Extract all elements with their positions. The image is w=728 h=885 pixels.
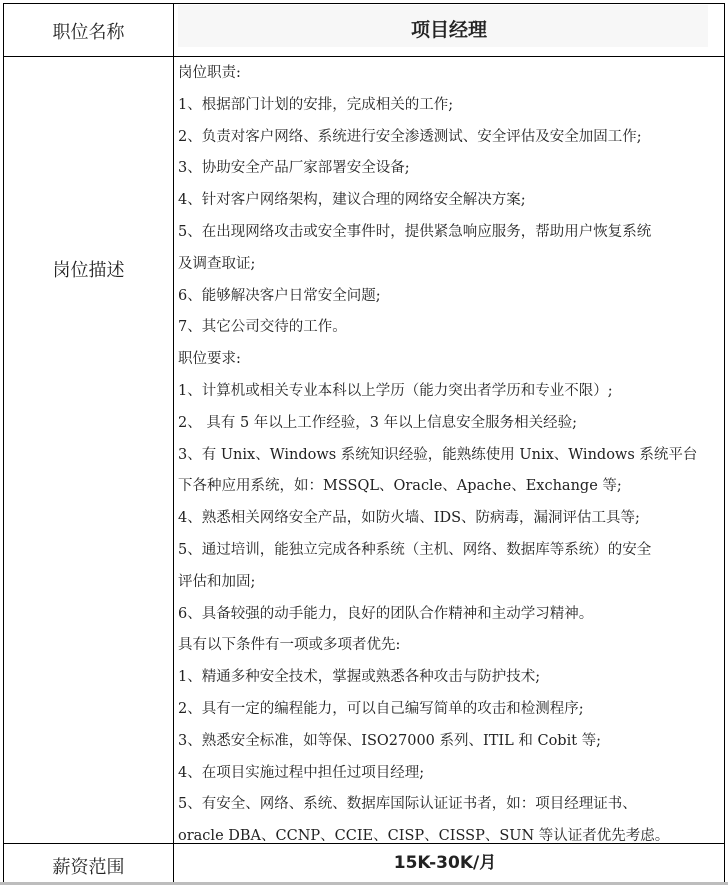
description-line: 7、其它公司交待的工作。 — [178, 312, 718, 344]
description-line: 1、根据部门计划的安排，完成相关的工作; — [178, 90, 718, 122]
description-line: 3、熟悉安全标准，如等保、ISO27000 系列、ITIL 和 Cobit 等; — [178, 726, 718, 758]
description-line: 5、在出现网络攻击或安全事件时，提供紧急响应服务，帮助用户恢复系统 — [178, 217, 718, 249]
description-line: 4、针对客户网络架构，建议合理的网络安全解决方案; — [178, 185, 718, 217]
description-line: 2、具有一定的编程能力，可以自己编写简单的攻击和检测程序; — [178, 694, 718, 726]
row-divider-title — [4, 56, 724, 57]
description-line: 5、通过培训，能独立完成各种系统（主机、网络、数据库等系统）的安全 — [178, 535, 718, 567]
description-line: 2、负责对客户网络、系统进行安全渗透测试、安全评估及安全加固工作; — [178, 122, 718, 154]
description-line: 及调查取证; — [178, 249, 718, 281]
description-line: 5、有安全、网络、系统、数据库国际认证证书者，如：项目经理证书、 — [178, 789, 718, 821]
description-line: 1、精通多种安全技术，掌握或熟悉各种攻击与防护技术; — [178, 662, 718, 694]
description-line: 下各种应用系统，如：MSSQL、Oracle、Apache、Exchange 等… — [178, 471, 718, 503]
description-line: 2、 具有 5 年以上工作经验，3 年以上信息安全服务相关经验; — [178, 408, 718, 440]
description-line: 4、熟悉相关网络安全产品，如防火墙、IDS、防病毒，漏洞评估工具等; — [178, 503, 718, 535]
description-line: 4、在项目实施过程中担任过项目经理; — [178, 758, 718, 790]
job-title: 项目经理 — [174, 15, 724, 42]
description-line: 6、能够解决客户日常安全问题; — [178, 281, 718, 313]
description-line: 3、有 Unix、Windows 系统知识经验，能熟练使用 Unix、Windo… — [178, 440, 718, 472]
description-line: 3、协助安全产品厂家部署安全设备; — [178, 153, 718, 185]
description-line: 1、计算机或相关专业本科以上学历（能力突出者学历和专业不限）; — [178, 376, 718, 408]
label-salary-range: 薪资范围 — [4, 853, 173, 879]
section-heading-requirements: 职位要求: — [178, 344, 718, 376]
label-job-title: 职位名称 — [4, 18, 173, 44]
label-job-description: 岗位描述 — [4, 256, 173, 282]
section-heading-preferred: 具有以下条件有一项或多项者优先: — [178, 630, 718, 662]
job-description: 岗位职责: 1、根据部门计划的安排，完成相关的工作; 2、负责对客户网络、系统进… — [178, 58, 718, 853]
section-heading-responsibilities: 岗位职责: — [178, 58, 718, 90]
description-line: 6、具备较强的动手能力，良好的团队合作精神和主动学习精神。 — [178, 599, 718, 631]
column-divider — [173, 4, 174, 882]
salary-range: 15K-30K/月 — [170, 848, 720, 873]
description-line: 评估和加固; — [178, 567, 718, 599]
